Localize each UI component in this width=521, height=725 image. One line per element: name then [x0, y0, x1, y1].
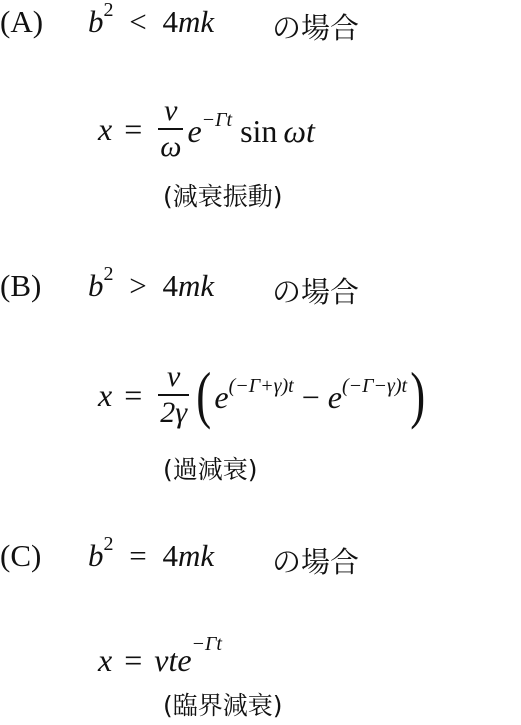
- case-a-condition: b2 < 4mk: [88, 4, 214, 40]
- fraction: v ω: [158, 94, 183, 164]
- case-a-label: (A): [0, 4, 43, 40]
- case-b-suffix: の場合: [272, 270, 359, 311]
- case-b-note: (過減衰): [163, 450, 258, 486]
- case-a-equation: x = v ω e−Γt sin ωt: [98, 94, 315, 164]
- case-b-condition: b2 > 4mk: [88, 268, 214, 304]
- close-paren: ): [410, 363, 425, 427]
- case-c-condition: b2 = 4mk: [88, 538, 214, 574]
- case-a-suffix: の場合: [272, 6, 359, 47]
- case-c-label: (C): [0, 538, 41, 574]
- case-a-note: (減衰振動): [163, 177, 283, 213]
- fraction: v 2γ: [158, 360, 189, 430]
- case-c-equation: x = vte−Γt: [98, 642, 222, 679]
- case-b-label: (B): [0, 268, 41, 304]
- case-c-note: (臨界減衰): [163, 686, 283, 722]
- open-paren: (: [196, 363, 211, 427]
- case-c-suffix: の場合: [272, 540, 359, 581]
- case-b-equation: x = v 2γ ( e(−Γ+γ)t − e(−Γ−γ)t ): [98, 360, 428, 430]
